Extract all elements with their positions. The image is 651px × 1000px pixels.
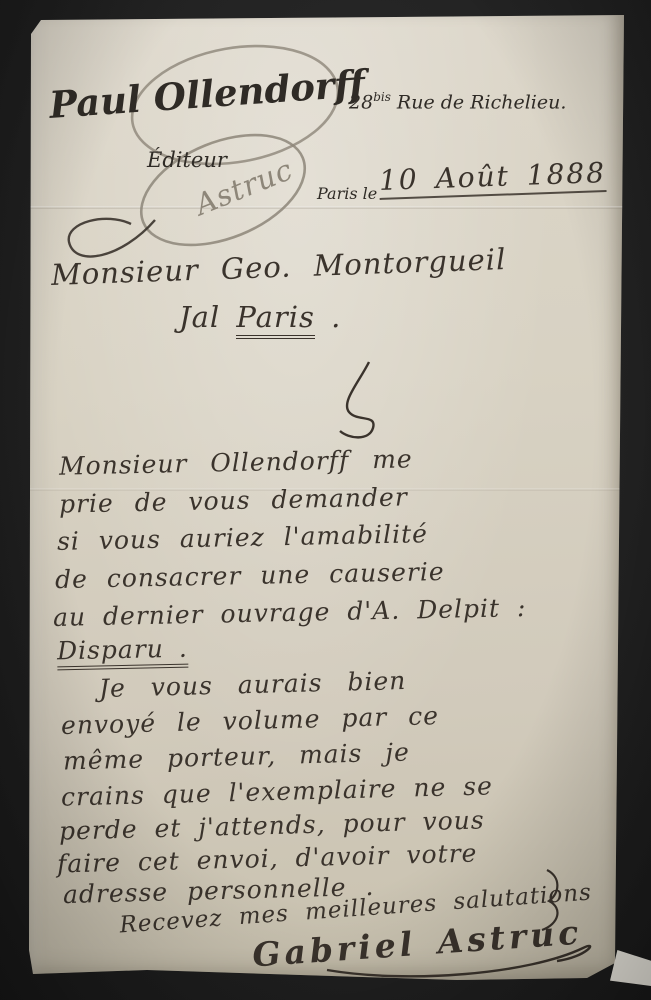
recipient-city-suffix: . <box>315 300 341 334</box>
letter-line: envoyé le volume par ce <box>61 701 440 740</box>
letter-line: de consacrer une causerie <box>55 557 445 594</box>
background-paper-corner <box>610 950 651 986</box>
recipient-city-line: Jal Paris . <box>179 300 341 334</box>
letter-line: Disparu . <box>57 634 188 666</box>
dateline-printed-label: Paris le <box>317 184 377 203</box>
letterhead-name: Paul Ollendorff <box>48 61 366 127</box>
letter-line: faire cet envoi, d'avoir votre <box>57 839 478 879</box>
letter-line: si vous auriez l'amabilité <box>57 519 428 556</box>
street-number-suffix: bis <box>373 90 391 104</box>
letter-line: Je vous aurais bien <box>99 666 407 703</box>
photograph: Paul Ollendorff Éditeur 28bis Rue de Ric… <box>0 0 651 1000</box>
letter-line: Monsieur Ollendorff me <box>59 444 413 480</box>
letter-line: même porteur, mais je <box>63 737 411 775</box>
letter-line: prie de vous demander <box>59 482 408 518</box>
letter-paper: Paul Ollendorff Éditeur 28bis Rue de Ric… <box>27 10 626 982</box>
ink-flourish-mark <box>340 362 374 437</box>
recipient-city-prefix: Jal <box>179 300 236 334</box>
recipient-city: Paris <box>236 300 315 339</box>
ink-large-loop <box>69 219 155 257</box>
paper-crease <box>27 206 626 209</box>
recipient-line: Monsieur Geo. Montorgueil <box>51 242 507 292</box>
underlined-title: Disparu . <box>57 634 188 671</box>
dateline-handwritten-date: 10 Août 1888 <box>378 156 606 200</box>
letter-line: au dernier ouvrage d'A. Delpit : <box>53 593 527 632</box>
letter-line: crains que l'exemplaire ne se <box>61 771 494 811</box>
letterhead-title: Éditeur <box>147 148 227 172</box>
letterhead-address: 28bis Rue de Richelieu. <box>349 90 566 113</box>
street-name: Rue de Richelieu. <box>391 91 567 113</box>
street-number: 28 <box>349 91 373 113</box>
